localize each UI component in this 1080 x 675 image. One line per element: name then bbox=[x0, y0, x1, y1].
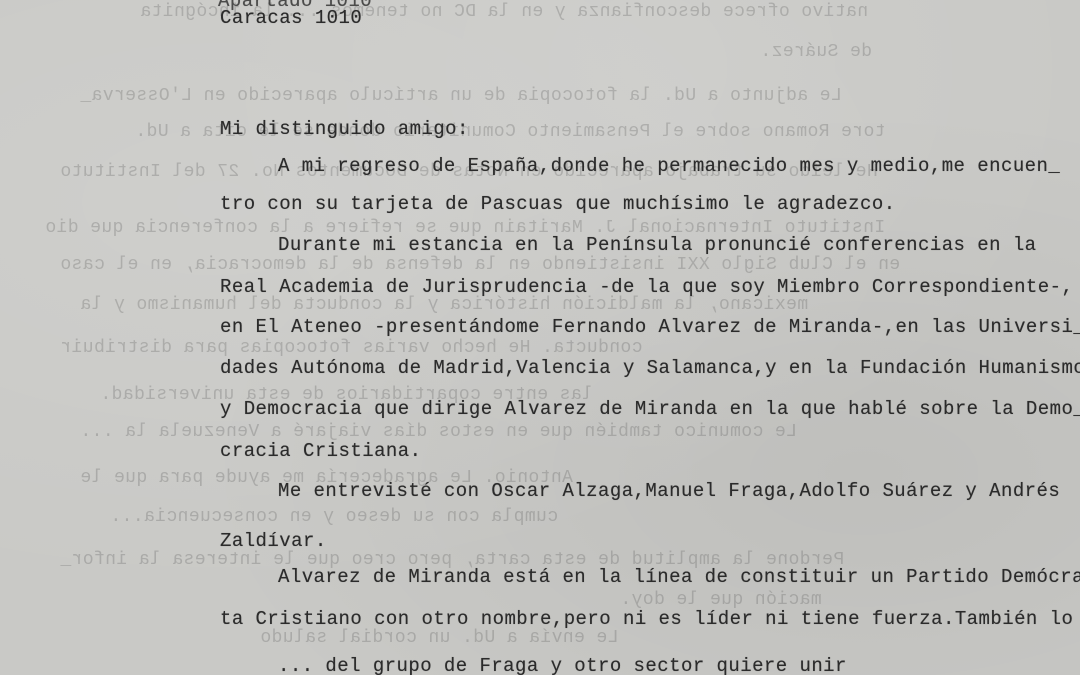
letter-line: y Democracia que dirige Alvarez de Miran… bbox=[220, 398, 1080, 420]
letter-line: dades Autónoma de Madrid,Valencia y Sala… bbox=[220, 357, 1080, 379]
letter-line: ta Cristiano con otro nombre,pero ni es … bbox=[220, 608, 1073, 630]
scanned-letter: nativo ofrece desconfianza y en la DC no… bbox=[0, 0, 1080, 675]
letter-line: Alvarez de Miranda está en la línea de c… bbox=[278, 566, 1080, 588]
letter-line: en El Ateneo -presentándome Fernando Alv… bbox=[220, 316, 1080, 338]
bleed-through-line: conducta. He hecho varias fotocopias par… bbox=[60, 338, 643, 358]
letter-line: Real Academia de Jurisprudencia -de la q… bbox=[220, 276, 1073, 298]
address-city: Caracas 1010 bbox=[220, 7, 362, 29]
bleed-through-line: mexicano, la maldición histórica y la co… bbox=[80, 295, 808, 315]
letter-line: cracia Cristiana. bbox=[220, 440, 421, 462]
bleed-through-line: cumpla con su deseo y en consecuencia... bbox=[110, 507, 558, 527]
bleed-through-line: en el Club Siglo XXI insistiendo en la d… bbox=[60, 255, 900, 275]
bleed-through-line: mación que le doy. bbox=[620, 590, 822, 610]
letter-line-cropped: ... del grupo de Fraga y otro sector qui… bbox=[278, 655, 847, 675]
letter-line: tro con su tarjeta de Pascuas que muchís… bbox=[220, 193, 896, 215]
bleed-through-line: de Suárez. bbox=[760, 42, 872, 62]
letter-line: Me entrevisté con Oscar Alzaga,Manuel Fr… bbox=[278, 480, 1060, 502]
bleed-through-line: Le envía a Ud. un cordial saludo bbox=[260, 628, 618, 648]
letter-line: Zaldívar. bbox=[220, 530, 327, 552]
bleed-through-line: Le comunico también que en estos días vi… bbox=[80, 422, 797, 442]
bleed-through-line: Le adjunto a Ud. la fotocopia de un artí… bbox=[80, 86, 842, 106]
salutation: Mi distinguido amigo: bbox=[220, 118, 469, 140]
letter-line: A mi regreso de España,donde he permanec… bbox=[278, 155, 1060, 177]
letter-line: Durante mi estancia en la Península pron… bbox=[278, 234, 1037, 256]
